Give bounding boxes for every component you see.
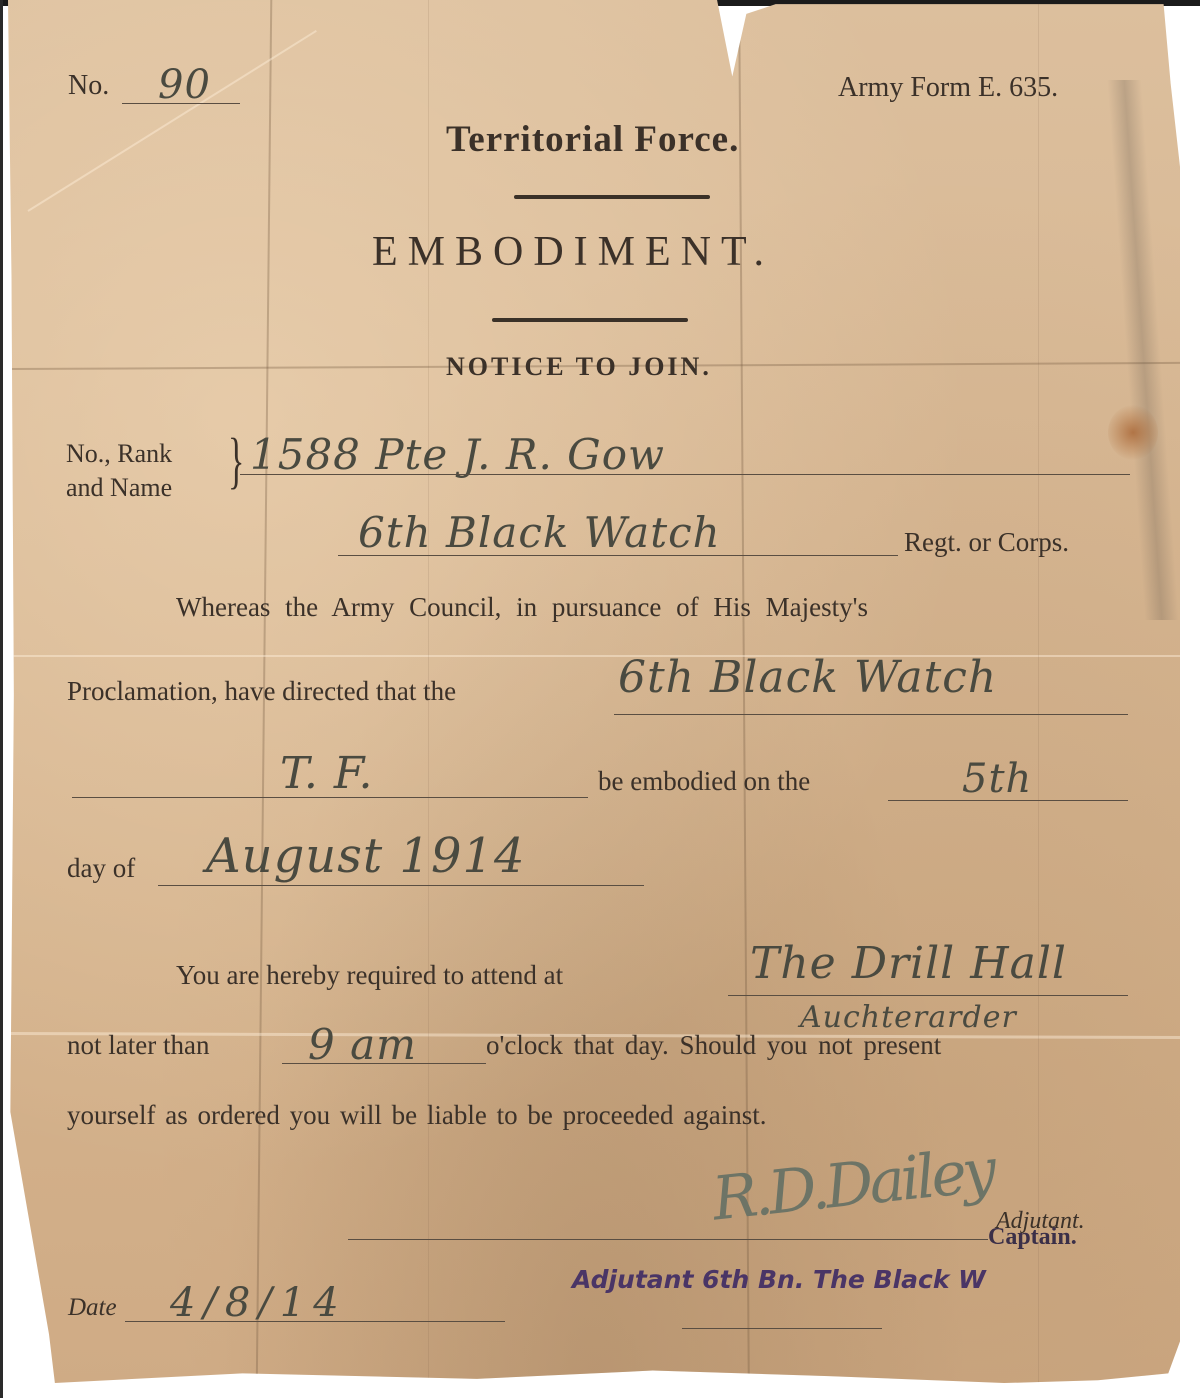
time-underline (282, 1063, 486, 1064)
rank-name-underline (240, 474, 1130, 475)
date-value: 4/8/14 (170, 1280, 347, 1326)
unit-suffix-underline (72, 797, 588, 798)
body-line-4: day of (67, 853, 135, 884)
body-line-6-suffix: o'clock that day. Should you not present (486, 1030, 941, 1061)
regiment-underline (338, 555, 898, 556)
document-heading: EMBODIMENT. (372, 228, 774, 276)
brace: } (228, 430, 244, 492)
heading-divider (492, 318, 688, 322)
unit-suffix-value: T. F. (280, 748, 374, 799)
rank-name-label: No., Rank and Name (66, 437, 172, 505)
unit-value: 6th Black Watch (618, 652, 997, 703)
adjutant-stamp: Adjutant 6th Bn. The Black W (572, 1265, 986, 1294)
body-line-6: not later than (67, 1030, 209, 1061)
rank-name-label-line2: and Name (66, 471, 172, 505)
stamp-underline (682, 1328, 882, 1329)
form-number-label: No. (68, 70, 109, 102)
fold-crease (8, 655, 1180, 657)
day-value: 5th (962, 756, 1032, 802)
body-line-7: yourself as ordered you will be liable t… (67, 1100, 767, 1131)
regiment-label: Regt. or Corps. (904, 527, 1069, 558)
day-underline (888, 800, 1128, 801)
place-value: The Drill Hall (750, 938, 1067, 989)
scan-border-left (0, 0, 3, 1398)
body-line-2: Proclamation, have directed that the (67, 676, 456, 707)
rank-name-value: 1588 Pte J. R. Gow (250, 430, 665, 479)
form-number-value: 90 (158, 62, 211, 108)
rank-name-label-line1: No., Rank (66, 437, 172, 471)
fold-crease (1038, 0, 1039, 1390)
army-form-id: Army Form E. 635. (838, 72, 1058, 104)
title-divider (514, 195, 710, 199)
date-label: Date (68, 1294, 117, 1322)
month-year-underline (158, 885, 644, 886)
captain-overstamp: Captain. (988, 1224, 1077, 1251)
month-year-value: August 1914 (206, 828, 526, 884)
document-subheading: NOTICE TO JOIN. (446, 352, 712, 382)
document-title: Territorial Force. (446, 118, 739, 161)
edge-shadow (1107, 80, 1179, 620)
body-line-3: be embodied on the (598, 766, 810, 797)
body-line-1: Whereas the Army Council, in pursuance o… (176, 592, 868, 623)
unit-underline (614, 714, 1128, 715)
rust-stain (1108, 405, 1158, 460)
body-line-5: You are hereby required to attend at (176, 960, 563, 991)
place-underline (728, 995, 1128, 996)
time-value: 9 am (308, 1020, 417, 1069)
regiment-value: 6th Black Watch (358, 508, 721, 557)
fold-crease (27, 30, 316, 212)
signature-underline (348, 1239, 988, 1240)
